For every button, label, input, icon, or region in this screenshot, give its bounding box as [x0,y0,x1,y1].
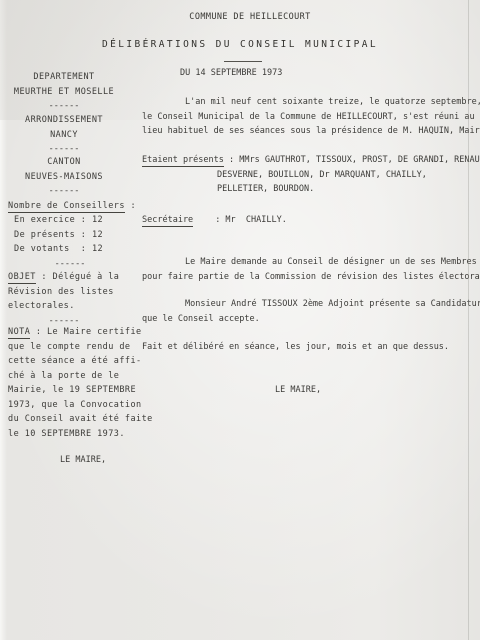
conseillers-heading-line: Nombre de Conseillers : [8,199,134,214]
nota-block: NOTA : Le Maire certifie que le compte r… [8,325,134,441]
nota-line: cette séance a été affi- [8,354,134,369]
nota-line: ché à la porte de le [8,369,134,384]
secretaire-value: : Mr CHAILLY. [215,215,287,225]
count-en-exercice: En exercice : 12 [8,213,134,228]
objet-block: OBJET : Délégué à la Révision des listes… [8,270,134,328]
body-line: pour faire partie de la Commission de ré… [142,270,472,285]
objet-line: electorales. [8,299,134,314]
session-date-line: DU 14 SEPTEMBRE 1973 [142,66,472,81]
presents-line: DESVERNE, BOUILLON, Dr MARQUANT, CHAILLY… [142,168,472,183]
body-line: que le Conseil accepte. [142,312,472,327]
canton-block: CANTON NEUVES-MAISONS ------ [8,155,120,199]
canton-label: CANTON [8,155,120,170]
opening-paragraph: L'an mil neuf cent soixante treize, le q… [142,95,472,139]
presents-label: Etaient présents [142,155,224,167]
departement-label: DEPARTEMENT [8,70,120,85]
nota-line: le 10 SEPTEMBRE 1973. [8,427,134,442]
title-rule [224,61,262,62]
closing-text: Fait et délibéré en séance, les jour, mo… [142,340,472,355]
arrondissement-value: NANCY [8,128,120,143]
presents-names: : MMrs GAUTHROT, TISSOUX, PROST, DE GRAN… [224,155,480,165]
nota-line: du Conseil avait été faite [8,412,134,427]
objet-line: Révision des listes [8,285,134,300]
closing-line: Fait et délibéré en séance, les jour, mo… [142,340,472,355]
document-title: DÉLIBÉRATIONS DU CONSEIL MUNICIPAL [0,38,480,53]
scanned-document-page: COMMUNE DE HEILLECOURT DÉLIBÉRATIONS DU … [0,0,480,640]
body-line: L'an mil neuf cent soixante treize, le q… [142,95,472,110]
departement-block: DEPARTEMENT MEURTHE ET MOSELLE ------ [8,70,120,114]
presents-block: Etaient présents : MMrs GAUTHROT, TISSOU… [142,153,472,197]
nota-line: Mairie, le 19 SEPTEMBRE [8,383,134,398]
secretaire-line: Secrétaire: Mr CHAILLY. [142,213,472,228]
objet-label: OBJET [8,272,36,284]
body-line: Monsieur André TISSOUX 2ème Adjoint prés… [142,297,472,312]
margin-signature: LE MAIRE, [60,453,106,468]
objet-text: : Délégué à la [36,272,120,282]
body-line: lieu habituel de ses séances sous la pré… [142,124,472,139]
presents-line: PELLETIER, BOURDON. [142,182,472,197]
conseillers-heading: Nombre de Conseillers [8,201,125,213]
arrondissement-block: ARRONDISSEMENT NANCY ------ [8,113,120,157]
conseillers-counts-block: En exercice : 12 De présents : 12 De vot… [8,213,134,271]
nota-line: que le compte rendu de [8,340,134,355]
count-votants: De votants : 12 [8,242,134,257]
conseillers-heading-colon: : [125,201,136,211]
nota-line: 1973, que la Convocation [8,398,134,413]
nota-text: : Le Maire certifie [30,327,141,337]
canton-value: NEUVES-MAISONS [8,170,120,185]
candidature-paragraph: Monsieur André TISSOUX 2ème Adjoint prés… [142,297,472,326]
deliberation-paragraph: Le Maire demande au Conseil de désigner … [142,255,472,284]
departement-value: MEURTHE ET MOSELLE [8,85,120,100]
body-signature: LE MAIRE, [142,383,472,398]
body-line: Le Maire demande au Conseil de désigner … [142,255,472,270]
count-presents: De présents : 12 [8,228,134,243]
arrondissement-label: ARRONDISSEMENT [8,113,120,128]
body-signature-line: LE MAIRE, [142,383,472,398]
secretaire-label: Secrétaire [142,215,193,227]
session-date: DU 14 SEPTEMBRE 1973 [142,66,472,81]
divider-dashes: ------ [8,99,120,114]
nota-label: NOTA [8,327,30,339]
divider-dashes: ------ [8,257,126,272]
divider-dashes: ------ [8,184,120,199]
commune-header: COMMUNE DE HEILLECOURT [20,10,480,25]
body-line: le Conseil Municipal de la Commune de HE… [142,110,472,125]
